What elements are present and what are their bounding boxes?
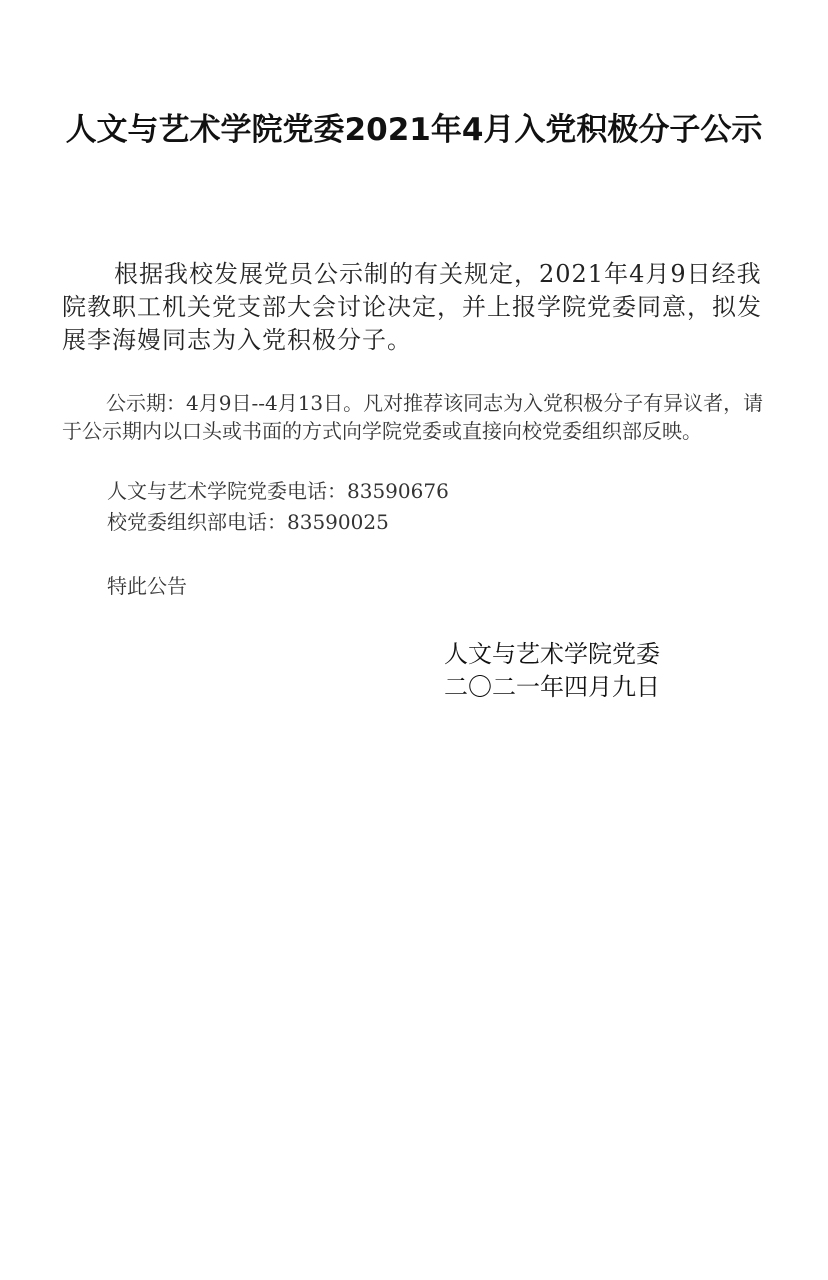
notice-period-paragraph: 公示期：4月9日--4月13日。凡对推荐该同志为入党积极分子有异议者，请于公示期… bbox=[62, 389, 774, 445]
contact-number: 83590025 bbox=[287, 510, 389, 534]
contact-label: 校党委组织部电话： bbox=[107, 510, 287, 534]
signature-date: 二〇二一年四月九日 bbox=[444, 671, 660, 704]
closing-statement: 特此公告 bbox=[107, 572, 187, 600]
contact-label: 人文与艺术学院党委电话： bbox=[107, 479, 347, 503]
signature-block: 人文与艺术学院党委 二〇二一年四月九日 bbox=[444, 638, 660, 704]
contact-college-phone: 人文与艺术学院党委电话：83590676 bbox=[107, 477, 449, 505]
signature-organization: 人文与艺术学院党委 bbox=[444, 638, 660, 671]
main-paragraph: 根据我校发展党员公示制的有关规定，2021年4月9日经我院教职工机关党支部大会讨… bbox=[62, 258, 762, 357]
contact-organization-dept-phone: 校党委组织部电话：83590025 bbox=[107, 508, 389, 536]
contact-number: 83590676 bbox=[347, 479, 449, 503]
document-title: 人文与艺术学院党委2021年4月入党积极分子公示 bbox=[0, 104, 828, 149]
